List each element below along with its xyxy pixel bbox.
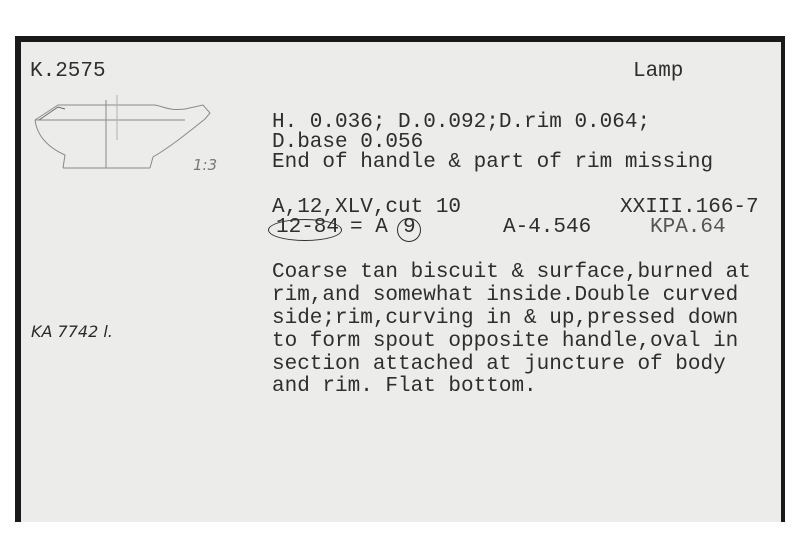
equals-label: = A <box>350 218 388 238</box>
measurement-line-2: D.base 0.056 <box>272 133 423 153</box>
kpa-number: KPA.64 <box>650 218 726 238</box>
lot-circle <box>268 219 342 241</box>
description-line-1: Coarse tan biscuit & surface,burned at <box>272 262 751 285</box>
number-circle <box>397 218 421 242</box>
reference-number: XXIII.166-7 <box>620 198 759 218</box>
condition-line: End of handle & part of rim missing <box>272 153 713 173</box>
description-line-2: rim,and somewhat inside.Double curved <box>272 285 738 308</box>
scale-note: 1:3 <box>193 156 217 174</box>
find-location: A,12,XLV,cut 10 <box>272 198 461 218</box>
measurement-line-1: H. 0.036; D.0.092;D.rim 0.064; <box>272 113 650 133</box>
description-line-6: and rim. Flat bottom. <box>272 376 537 399</box>
description-line-5: section attached at juncture of body <box>272 354 726 377</box>
description-line-3: side;rim,curving in & up,pressed down <box>272 308 738 331</box>
handwritten-note: KA 7742 l. <box>31 322 113 341</box>
description-line-4: to form spout opposite handle,oval in <box>272 331 738 354</box>
inventory-number: A-4.546 <box>503 218 591 238</box>
catalog-number: K.2575 <box>30 62 106 82</box>
object-type: Lamp <box>633 62 683 82</box>
